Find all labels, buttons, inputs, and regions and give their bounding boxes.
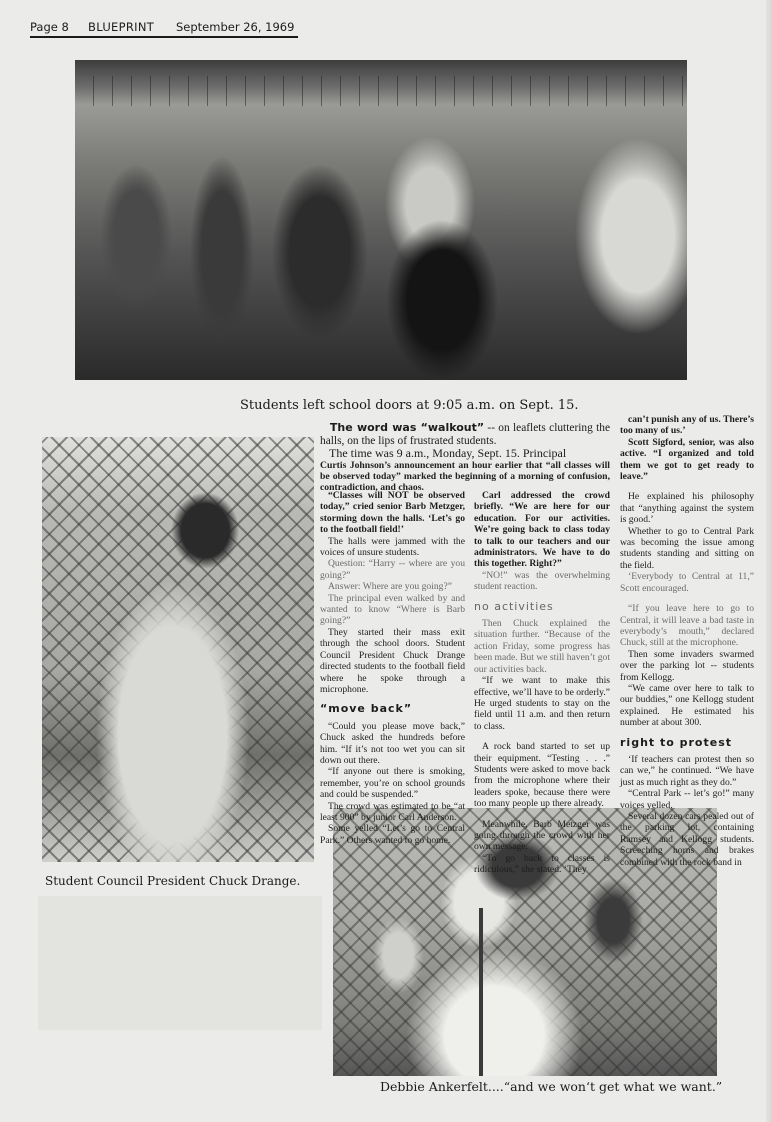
lede-line-3: Curtis Johnson’s announcement an hour ea… [320, 460, 610, 494]
paragraph: Several dozen cars pealed out of the par… [620, 811, 754, 868]
issue-date: September 26, 1969 [176, 20, 298, 34]
blank-region [38, 896, 322, 1030]
paper-edge [766, 0, 772, 1122]
fence-background [75, 76, 687, 106]
photo-walkout-crowd [75, 60, 687, 380]
paragraph: The crowd was estimated to be “at least … [320, 801, 465, 824]
lede-kicker: The word was “walkout” [330, 421, 484, 434]
article-column-3: can’t punish any of us. There’s too many… [620, 414, 754, 868]
subhead-no-activities: no activities [474, 601, 610, 612]
page-number: Page 8 [30, 20, 88, 34]
paragraph: Then Chuck explained the situation furth… [474, 618, 610, 675]
paragraph: Whether to go to Central Park was becomi… [620, 526, 754, 572]
subhead-move-back: “move back” [320, 703, 465, 714]
paragraph: “Classes will NOT be observed today,” cr… [320, 490, 465, 536]
paragraph: ‘Everybody to Central at 11,” Scott enco… [620, 571, 754, 594]
paragraph: Meanwhile, Barb Metzger was going throug… [474, 819, 610, 853]
paragraph: Answer: Where are you going?” [320, 581, 465, 592]
photo-chuck-drange [42, 437, 314, 862]
article-column-2: Carl addressed the crowd briefly. “We ar… [474, 490, 610, 876]
paragraph: “If you leave here to go to Central, it … [620, 603, 754, 649]
caption-chuck-drange: Student Council President Chuck Drange. [45, 874, 300, 888]
paragraph: “To go back to classes is ridiculous,” s… [474, 853, 610, 876]
article-lede: The word was “walkout” -- on leaflets cl… [320, 422, 610, 493]
paragraph: He explained his philosophy that “anythi… [620, 491, 754, 525]
subhead-right-to-protest: right to protest [620, 737, 754, 748]
paragraph: “NO!” was the overwhelming student react… [474, 570, 610, 593]
paragraph: The principal even walked by and wanted … [320, 593, 465, 627]
paragraph: “We came over here to talk to our buddie… [620, 683, 754, 729]
paragraph: Then some invaders swarmed over the park… [620, 649, 754, 683]
paragraph: Scott Sigford, senior, was also active. … [620, 437, 754, 483]
page-folio: Page 8 BLUEPRINT September 26, 1969 [30, 14, 298, 38]
microphone-stand [479, 908, 483, 1076]
publication-name: BLUEPRINT [88, 20, 176, 34]
caption-walkout-crowd: Students left school doors at 9:05 a.m. … [240, 398, 579, 413]
paragraph: Question: “Harry -- where are you going?… [320, 558, 465, 581]
paragraph: The halls were jammed with the voices of… [320, 536, 465, 559]
paragraph: “If we want to make this effective, we’l… [474, 675, 610, 732]
paragraph: A rock band started to set up their equi… [474, 741, 610, 809]
lede-line-2: The time was 9 a.m., Monday, Sept. 15. P… [329, 446, 566, 460]
paragraph: can’t punish any of us. There’s too many… [620, 414, 754, 437]
paragraph: ‘If teachers can protest then so can we,… [620, 754, 754, 788]
paragraph: Carl addressed the crowd briefly. “We ar… [474, 490, 610, 570]
paragraph: “Central Park -- let’s go!” many voices … [620, 788, 754, 811]
paragraph: Some yelled “Let’s go to Central Park.” … [320, 823, 465, 846]
article-column-1: “Classes will NOT be observed today,” cr… [320, 490, 465, 846]
paragraph: “Could you please move back,” Chuck aske… [320, 721, 465, 767]
paragraph: They started their mass exit through the… [320, 627, 465, 695]
caption-debbie-ankerfelt: Debbie Ankerfelt....“and we won‘t get wh… [380, 1079, 722, 1094]
paragraph: “If anyone out there is smoking, remembe… [320, 766, 465, 800]
